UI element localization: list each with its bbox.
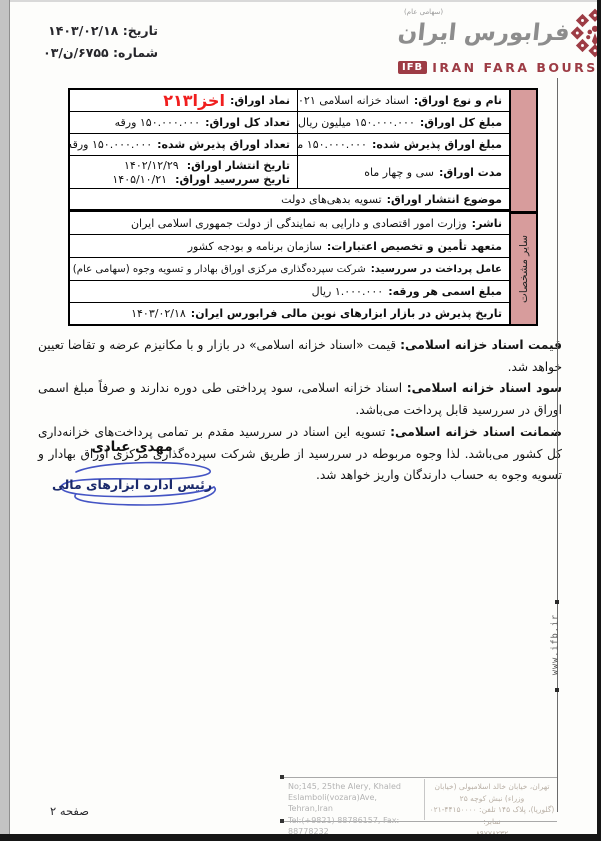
field-label: تاریخ انتشار اوراق: (187, 159, 290, 172)
address-line: تهران، خیابان خالد اسلامبولی (خیابان وزر… (428, 781, 556, 804)
scan-edge-top (0, 0, 601, 2)
side-strip-label: سایر مشخصات (518, 235, 530, 303)
website-vertical-text: www.ifb.ir (551, 608, 564, 682)
table-row: مبلغ اوراق پذیرش شده: ۱۵۰.۰۰۰.۰۰۰ میلیون… (70, 134, 509, 156)
field-label: متعهد تأمین و تخصیص اعتبارات: (327, 240, 502, 253)
address-line: No;145, 25the Alery, Khaled (288, 781, 422, 792)
paragraph-lead: ضمانت اسناد خزانه اسلامی: (390, 425, 562, 439)
page-number: صفحه ۲ (50, 804, 89, 818)
cell-total-count: تعداد کل اوراق: ۱۵۰.۰۰۰.۰۰۰ ورقه (70, 112, 297, 133)
address-line: Eslamboli(vozara)Ave, Tehran,Iran (288, 792, 422, 814)
table-row: مبلغ اسمی هر ورقه: ۱.۰۰۰.۰۰۰ ریال (70, 281, 509, 303)
cell-name-type: نام و نوع اوراق: اسناد خزانه اسلامی ۰۵۱۰… (297, 90, 509, 111)
cell-budget-guarantor: متعهد تأمین و تخصیص اعتبارات: سازمان برن… (70, 235, 509, 257)
table-row: متعهد تأمین و تخصیص اعتبارات: سازمان برن… (70, 235, 509, 258)
footer-bullet (280, 819, 284, 823)
rule-bullet (555, 688, 559, 692)
maturity-date-line: تاریخ سررسید اوراق: ۱۴۰۵/۱۰/۲۱ (112, 173, 290, 186)
number-value: ۶۷۵۵/ن/۰۳ (43, 45, 109, 60)
cell-total-amount: مبلغ کل اوراق: ۱۵۰.۰۰۰.۰۰۰ میلیون ریال (297, 112, 509, 133)
footer-rule-top (283, 777, 557, 778)
field-value: ۱.۰۰۰.۰۰۰ ریال (312, 285, 384, 298)
signer-title: رئیس اداره ابزارهای مالی (42, 477, 222, 492)
field-label: عامل پرداخت در سررسید: (371, 264, 502, 275)
cell-issue-subject: موضوع انتشار اوراق: تسویه بدهی‌های دولت (70, 189, 509, 209)
number-label: شماره: (113, 45, 158, 60)
securities-info-table: سایر مشخصات نام و نوع اوراق: اسناد خزانه… (68, 88, 538, 326)
field-label: موضوع انتشار اوراق: (387, 193, 502, 206)
number-line: شماره: ۶۷۵۵/ن/۰۳ (28, 42, 158, 64)
ticker-symbol: اخزا۲۱۳ (163, 93, 225, 109)
table-row: موضوع انتشار اوراق: تسویه بدهی‌های دولت (70, 189, 509, 212)
field-label: تاریخ پذیرش در بازار ابزارهای نوین مالی … (191, 307, 502, 320)
table-row: تاریخ پذیرش در بازار ابزارهای نوین مالی … (70, 303, 509, 324)
table-row: مبلغ کل اوراق: ۱۵۰.۰۰۰.۰۰۰ میلیون ریال ت… (70, 112, 509, 134)
address-line: (گلوریا)، پلاک ۱۴۵ تلفن: ۴۴۱۵۰۰۰۰-۰۲۱ نم… (428, 804, 556, 827)
date-line: تاریخ: ۱۴۰۳/۰۲/۱۸ (28, 20, 158, 42)
field-value: ۱۴۰۳/۰۲/۱۸ (131, 307, 186, 320)
field-value: وزارت امور اقتصادی و دارایی به نمایندگی … (131, 217, 467, 230)
table-row: عامل پرداخت در سررسید: شرکت سپرده‌گذاری … (70, 258, 509, 281)
side-strip-upper (511, 90, 536, 214)
field-label: تعداد کل اوراق: (205, 116, 290, 129)
date-label: تاریخ: (123, 23, 158, 38)
table-row: مدت اوراق: سی و چهار ماه تاریخ انتشار او… (70, 156, 509, 189)
cell-duration: مدت اوراق: سی و چهار ماه (297, 156, 509, 188)
cell-ticker: نماد اوراق: اخزا۲۱۳ (70, 90, 297, 111)
cell-paying-agent: عامل پرداخت در سررسید: شرکت سپرده‌گذاری … (70, 258, 509, 280)
legal-form-caption: (سهامی عام) (404, 8, 443, 16)
logo-row: (سهامی عام) فرابورس ایران (398, 7, 596, 59)
logo-wordmark-row: IFB IRAN FARA BOURSE (398, 60, 596, 75)
paragraph-lead: قیمت اسناد خزانه اسلامی: (400, 338, 562, 352)
field-value: شرکت سپرده‌گذاری مرکزی اوراق بهادار و تس… (73, 264, 366, 275)
footer-address-divider (424, 779, 425, 820)
scanned-document-page: تاریخ: ۱۴۰۳/۰۲/۱۸ شماره: ۶۷۵۵/ن/۰۳ (سهام… (0, 0, 601, 841)
ifb-badge: IFB (398, 61, 427, 74)
company-name-calligraphy: فرابورس ایران (397, 20, 571, 46)
field-value: ۱۵۰.۰۰۰.۰۰۰ ورقه (70, 138, 152, 151)
field-value: اسناد خزانه اسلامی ۰۵۱۰۲۱ (297, 94, 409, 107)
footer-address-persian: تهران، خیابان خالد اسلامبولی (خیابان وزر… (428, 781, 556, 839)
issue-date-line: تاریخ انتشار اوراق: ۱۴۰۲/۱۲/۲۹ (124, 159, 290, 172)
signer-name: مهدی عبادی (42, 439, 222, 455)
field-label: مبلغ کل اوراق: (420, 116, 502, 129)
field-value: ۱۴۰۲/۱۲/۲۹ (124, 159, 179, 172)
scan-edge-bottom (0, 834, 601, 841)
field-label: مبلغ اسمی هر ورقه: (388, 285, 502, 298)
cell-admitted-count: تعداد اوراق پذیرش شده: ۱۵۰.۰۰۰.۰۰۰ ورقه (70, 134, 297, 155)
date-value: ۱۴۰۳/۰۲/۱۸ (48, 23, 118, 38)
footer-address-english: No;145, 25the Alery, Khaled Eslamboli(vo… (288, 781, 422, 837)
footer-bullet (280, 775, 284, 779)
table-body: نام و نوع اوراق: اسناد خزانه اسلامی ۰۵۱۰… (70, 90, 509, 324)
rule-bullet (555, 600, 559, 604)
field-value: ۱۵۰.۰۰۰.۰۰۰ میلیون ریال (297, 138, 367, 151)
field-label: مبلغ اوراق پذیرش شده: (372, 138, 502, 151)
paragraph-price: قیمت اسناد خزانه اسلامی: قیمت «اسناد خزا… (38, 335, 562, 378)
field-value: ۱۵۰.۰۰۰.۰۰۰ میلیون ریال (298, 116, 415, 129)
cell-issuer: ناشر: وزارت امور اقتصادی و دارایی به نما… (70, 212, 509, 234)
table-row: نام و نوع اوراق: اسناد خزانه اسلامی ۰۵۱۰… (70, 90, 509, 112)
header-meta: تاریخ: ۱۴۰۳/۰۲/۱۸ شماره: ۶۷۵۵/ن/۰۳ (28, 20, 158, 64)
cell-listing-date: تاریخ پذیرش در بازار ابزارهای نوین مالی … (70, 303, 509, 324)
field-value: ۱۴۰۵/۱۰/۲۱ (112, 173, 167, 186)
field-value: ۱۵۰.۰۰۰.۰۰۰ ورقه (115, 116, 200, 129)
field-label: نام و نوع اوراق: (414, 94, 502, 107)
signature-block: مهدی عبادی رئیس اداره ابزارهای مالی (42, 439, 222, 510)
field-label: ناشر: (472, 217, 502, 230)
field-value: تسویه بدهی‌های دولت (281, 193, 381, 206)
scan-edge-right (597, 0, 601, 841)
scan-edge-left (0, 0, 10, 841)
field-label: نماد اوراق: (230, 94, 290, 107)
logo-wordmark: IRAN FARA BOURSE (432, 60, 601, 75)
side-strip-other-specs: سایر مشخصات (511, 214, 536, 324)
right-margin-rule (557, 78, 558, 812)
ifb-letterhead-logo: (سهامی عام) فرابورس ایران (398, 7, 596, 75)
paragraph-lead: سود اسناد خزانه اسلامی: (407, 381, 562, 395)
field-label: مدت اوراق: (439, 166, 502, 179)
field-label: تعداد اوراق پذیرش شده: (157, 138, 290, 151)
cell-admitted-amount: مبلغ اوراق پذیرش شده: ۱۵۰.۰۰۰.۰۰۰ میلیون… (297, 134, 509, 155)
cell-dates: تاریخ انتشار اوراق: ۱۴۰۲/۱۲/۲۹ تاریخ سرر… (70, 156, 297, 188)
field-label: تاریخ سررسید اوراق: (175, 173, 290, 186)
logo-calligraphy-box: (سهامی عام) فرابورس ایران (398, 7, 570, 46)
table-row: ناشر: وزارت امور اقتصادی و دارایی به نما… (70, 212, 509, 235)
field-value: سازمان برنامه و بودجه کشور (188, 240, 322, 253)
cell-face-value: مبلغ اسمی هر ورقه: ۱.۰۰۰.۰۰۰ ریال (70, 281, 509, 302)
signature-scribble-area: رئیس اداره ابزارهای مالی (42, 456, 222, 510)
field-value: سی و چهار ماه (364, 166, 434, 179)
paragraph-profit: سود اسناد خزانه اسلامی: اسناد خزانه اسلا… (38, 378, 562, 421)
table-side-strip: سایر مشخصات (509, 90, 536, 324)
